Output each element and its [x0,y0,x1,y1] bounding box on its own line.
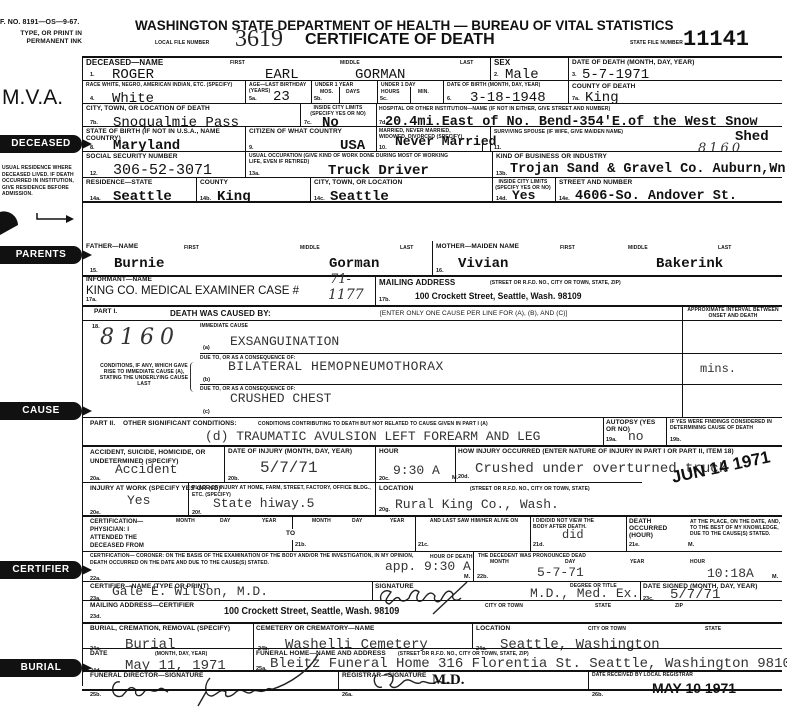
spouse-code-note: 8160 [698,141,743,156]
injury-date-label: DATE OF INJURY (MONTH, DAY, YEAR) [228,448,352,455]
cause-code: 8160 [100,325,180,350]
ssn-value[interactable]: 306-52-3071 [113,164,212,178]
mother-middle-label: MIDDLE [628,245,648,251]
tab-burial: BURIAL [0,659,82,677]
physician-cert-label: CERTIFICATION—PHYSICIAN: I ATTENDED THE … [90,518,160,550]
coroner-cert-label: CERTIFICATION— CORONER: ON THE BASIS OF … [90,553,420,567]
injury-date[interactable]: 5/7/71 [260,461,318,475]
funeral-director-signature [100,650,340,710]
cause-b-interval[interactable]: mins. [700,362,736,376]
city-of-death-label: CITY, TOWN, OR LOCATION OF DEATH [86,105,210,112]
at-work-value[interactable]: Yes [127,494,150,508]
from-day-label: DAY [220,518,230,524]
location-label: LOCATION [379,485,413,492]
last-label: LAST [460,60,473,66]
race-label: RACE WHITE, NEGRO, AMERICAN INDIAN, ETC.… [86,82,241,88]
mother-first[interactable]: Vivian [458,257,508,271]
name-label: DECEASED—NAME [86,58,163,67]
part2-label: PART II. [90,420,115,427]
middle-label: MIDDLE [340,60,360,66]
pronounced-year-label: YEAR [630,559,644,565]
occupation-value[interactable]: Truck Driver [328,164,429,178]
date-received: MAY 10 1971 [652,680,736,696]
min-label: MIN. [418,89,429,95]
tab-certifier: CERTIFIER [0,561,82,579]
cause-c[interactable]: CRUSHED CHEST [230,392,331,406]
state-file-number: 11141 [683,27,749,52]
burial-location-label: LOCATION [476,625,510,632]
father-last[interactable]: Gorman [329,257,379,271]
mother-last[interactable]: Bakerink [656,257,723,271]
hours-label: HOURS [381,89,400,95]
caused-by-label: DEATH WAS CAUSED BY: [170,309,271,318]
autopsy-value[interactable]: no [628,430,644,444]
location-value[interactable]: Rural King Co., Wash. [395,498,559,512]
mos-label: MOS. [320,89,333,95]
ink-instruction: TYPE, OR PRINT IN PERMANENT INK [0,30,82,46]
cause-instruction: [ENTER ONLY ONE CAUSE PER LINE FOR (a), … [380,310,567,317]
injury-hour[interactable]: 9:30 A [393,464,440,478]
hospital-label: HOSPITAL OR OTHER INSTITUTION—NAME (IF N… [379,106,610,112]
mother-last-label: LAST [718,245,731,251]
certificate-title: CERTIFICATE OF DEATH [305,31,495,49]
pronounced-date[interactable]: 5-7-71 [537,566,584,580]
case-number-line1: 71- [330,272,351,287]
place-value[interactable]: State hiway.5 [213,497,314,511]
cause-b[interactable]: BILATERAL HEMOPNEUMOTHORAX [228,360,444,374]
cause-d[interactable]: (d) TRAUMATIC AVULSION LEFT FOREARM AND … [205,430,540,444]
informant-name[interactable]: KING CO. MEDICAL EXAMINER CASE # [86,285,299,297]
to-label: TO [286,530,295,537]
certifier-zip-label: ZIP [675,603,683,609]
cemetery-label: CEMETERY OR CREMATORY—NAME [256,625,374,632]
burial-location[interactable]: Seattle, Washington [500,638,660,652]
interval-label: APPROXIMATE INTERVAL BETWEEN ONSET AND D… [684,307,782,319]
county-of-death-label: COUNTY OF DEATH [572,83,635,90]
immediate-cause-label: IMMEDIATE CAUSE [200,323,248,329]
residence-city-label: CITY, TOWN, OR LOCATION [314,179,402,186]
father-label: FATHER—NAME [86,243,138,250]
mother-first-label: FIRST [560,245,575,251]
arrow-icon [0,207,80,237]
residence-side-note: USUAL RESIDENCE WHERE DECEASED LIVED. IF… [2,165,74,198]
part1-label: PART I. [94,308,117,315]
tab-parents: PARENTS [0,246,82,264]
pronounced-hour[interactable]: 10:18A [707,567,754,581]
tab-cause: CAUSE [0,402,82,420]
item-num: 1. [90,72,95,78]
pronounced-month-label: MONTH [490,559,509,565]
certifier-mailing-label: MAILING ADDRESS—CERTIFIER [90,602,194,609]
location-sublabel: (STREET OR R.F.D. NO., CITY OR TOWN, STA… [470,486,590,492]
to-year-label: YEAR [390,518,404,524]
state-file-label: STATE FILE NUMBER [630,40,683,46]
certifier-name[interactable]: Gale E. Wilson, M.D. [112,585,268,599]
father-first[interactable]: Burnie [114,257,164,271]
other-conditions-sublabel: CONDITIONS CONTRIBUTING TO DEATH BUT NOT… [258,421,488,427]
registrar-title: M.D. [432,672,465,689]
last-saw-label: AND LAST SAW HIM/HER ALIVE ON [419,518,529,524]
informant-mailing[interactable]: 100 Crockett Street, Seattle, Wash. 9810… [415,291,582,302]
local-file-label: LOCAL FILE NUMBER [155,40,209,46]
sex-label: SEX [494,58,510,67]
certifier-city-label: CITY OR TOWN [485,603,523,609]
informant-mailing-label: MAILING ADDRESS [379,278,455,287]
age-value[interactable]: 23 [273,90,290,104]
citizen-label: CITIZEN OF WHAT COUNTRY [249,128,342,135]
business-label: KIND OF BUSINESS OR INDUSTRY [496,153,607,160]
bracket [190,362,195,392]
death-attestation: AT THE PLACE, ON THE DATE, AND, TO THE B… [690,519,782,537]
dob-label: DATE OF BIRTH (MONTH, DAY, YEAR) [447,82,557,88]
injury-hour-label: HOUR [379,448,399,455]
under-1-year-label: UNDER 1 YEAR [315,82,353,88]
findings-label: IF YES WERE FINDINGS CONSIDERED IN DETER… [670,419,782,431]
funeral-home[interactable]: Bleitz Funeral Home 316 Florentia St. Se… [270,657,787,671]
spouse-label: SURVIVING SPOUSE (IF WIFE, GIVE MAIDEN N… [494,129,623,135]
cause-a[interactable]: EXSANGUINATION [230,335,339,349]
certifier-degree[interactable]: M.D., Med. Ex. [530,587,639,601]
burial-state-label: STATE [705,626,721,632]
residence-state-label: RESIDENCE—STATE [86,179,152,186]
date-of-death-label: DATE OF DEATH (MONTH, DAY, YEAR) [572,59,695,66]
to-day-label: DAY [352,518,362,524]
date-received-label: DATE RECEIVED BY LOCAL REGISTRAR [592,672,693,678]
burial-city-label: CITY OR TOWN [588,626,626,632]
certifier-mailing[interactable]: 100 Crockett Street, Seattle, Wash. 9810… [224,606,399,617]
residence-county-label: COUNTY [200,179,228,186]
business-value[interactable]: Trojan Sand & Gravel Co. Auburn,Wn [510,163,785,177]
informant-mailing-sublabel: (STREET OR R.F.D. NO., CITY OR TOWN, STA… [490,280,621,286]
how-injury-label: HOW INJURY OCCURRED (ENTER NATURE OF INJ… [458,448,734,455]
burial-method-label: BURIAL, CREMATION, REMOVAL (SPECIFY) [90,625,250,632]
father-middle-label: MIDDLE [300,245,320,251]
viewed-value[interactable]: did [562,528,584,542]
ssn-label: SOCIAL SECURITY NUMBER [86,153,178,160]
to-month-label: MONTH [312,518,331,524]
residence-street-label: STREET AND NUMBER [559,179,632,186]
mva-note: M.V.A. [2,86,63,110]
tab-deceased: DECEASED [0,135,82,153]
from-year-label: YEAR [262,518,276,524]
form-number: F. No. 8191—OS—9-67. [0,19,79,26]
father-last-label: LAST [400,245,413,251]
first-label: FIRST [230,60,245,66]
physician-cert-text: CERTIFICATION—PHYSICIAN: I ATTENDED THE … [90,519,144,549]
other-conditions-label: OTHER SIGNIFICANT CONDITIONS: [123,420,237,427]
mother-label: MOTHER—MAIDEN NAME [436,243,519,250]
local-file-number: 3619 [235,26,283,53]
father-first-label: FIRST [184,245,199,251]
case-number-line2: 1177 [328,287,364,303]
from-month-label: MONTH [176,518,195,524]
death-hour-label: DEATH OCCURRED (HOUR) [629,518,674,539]
conditions-label: CONDITIONS, IF ANY, WHICH GAVE RISE TO I… [98,363,190,387]
days-label: DAYS [346,89,360,95]
pronounced-hour-label: HOUR [690,559,705,565]
manner-value[interactable]: Accident [115,463,177,477]
certifier-state-label: STATE [595,603,611,609]
hour-of-death[interactable]: app. 9:30 A [385,560,471,574]
informant-label: INFORMANT—NAME [86,276,152,283]
